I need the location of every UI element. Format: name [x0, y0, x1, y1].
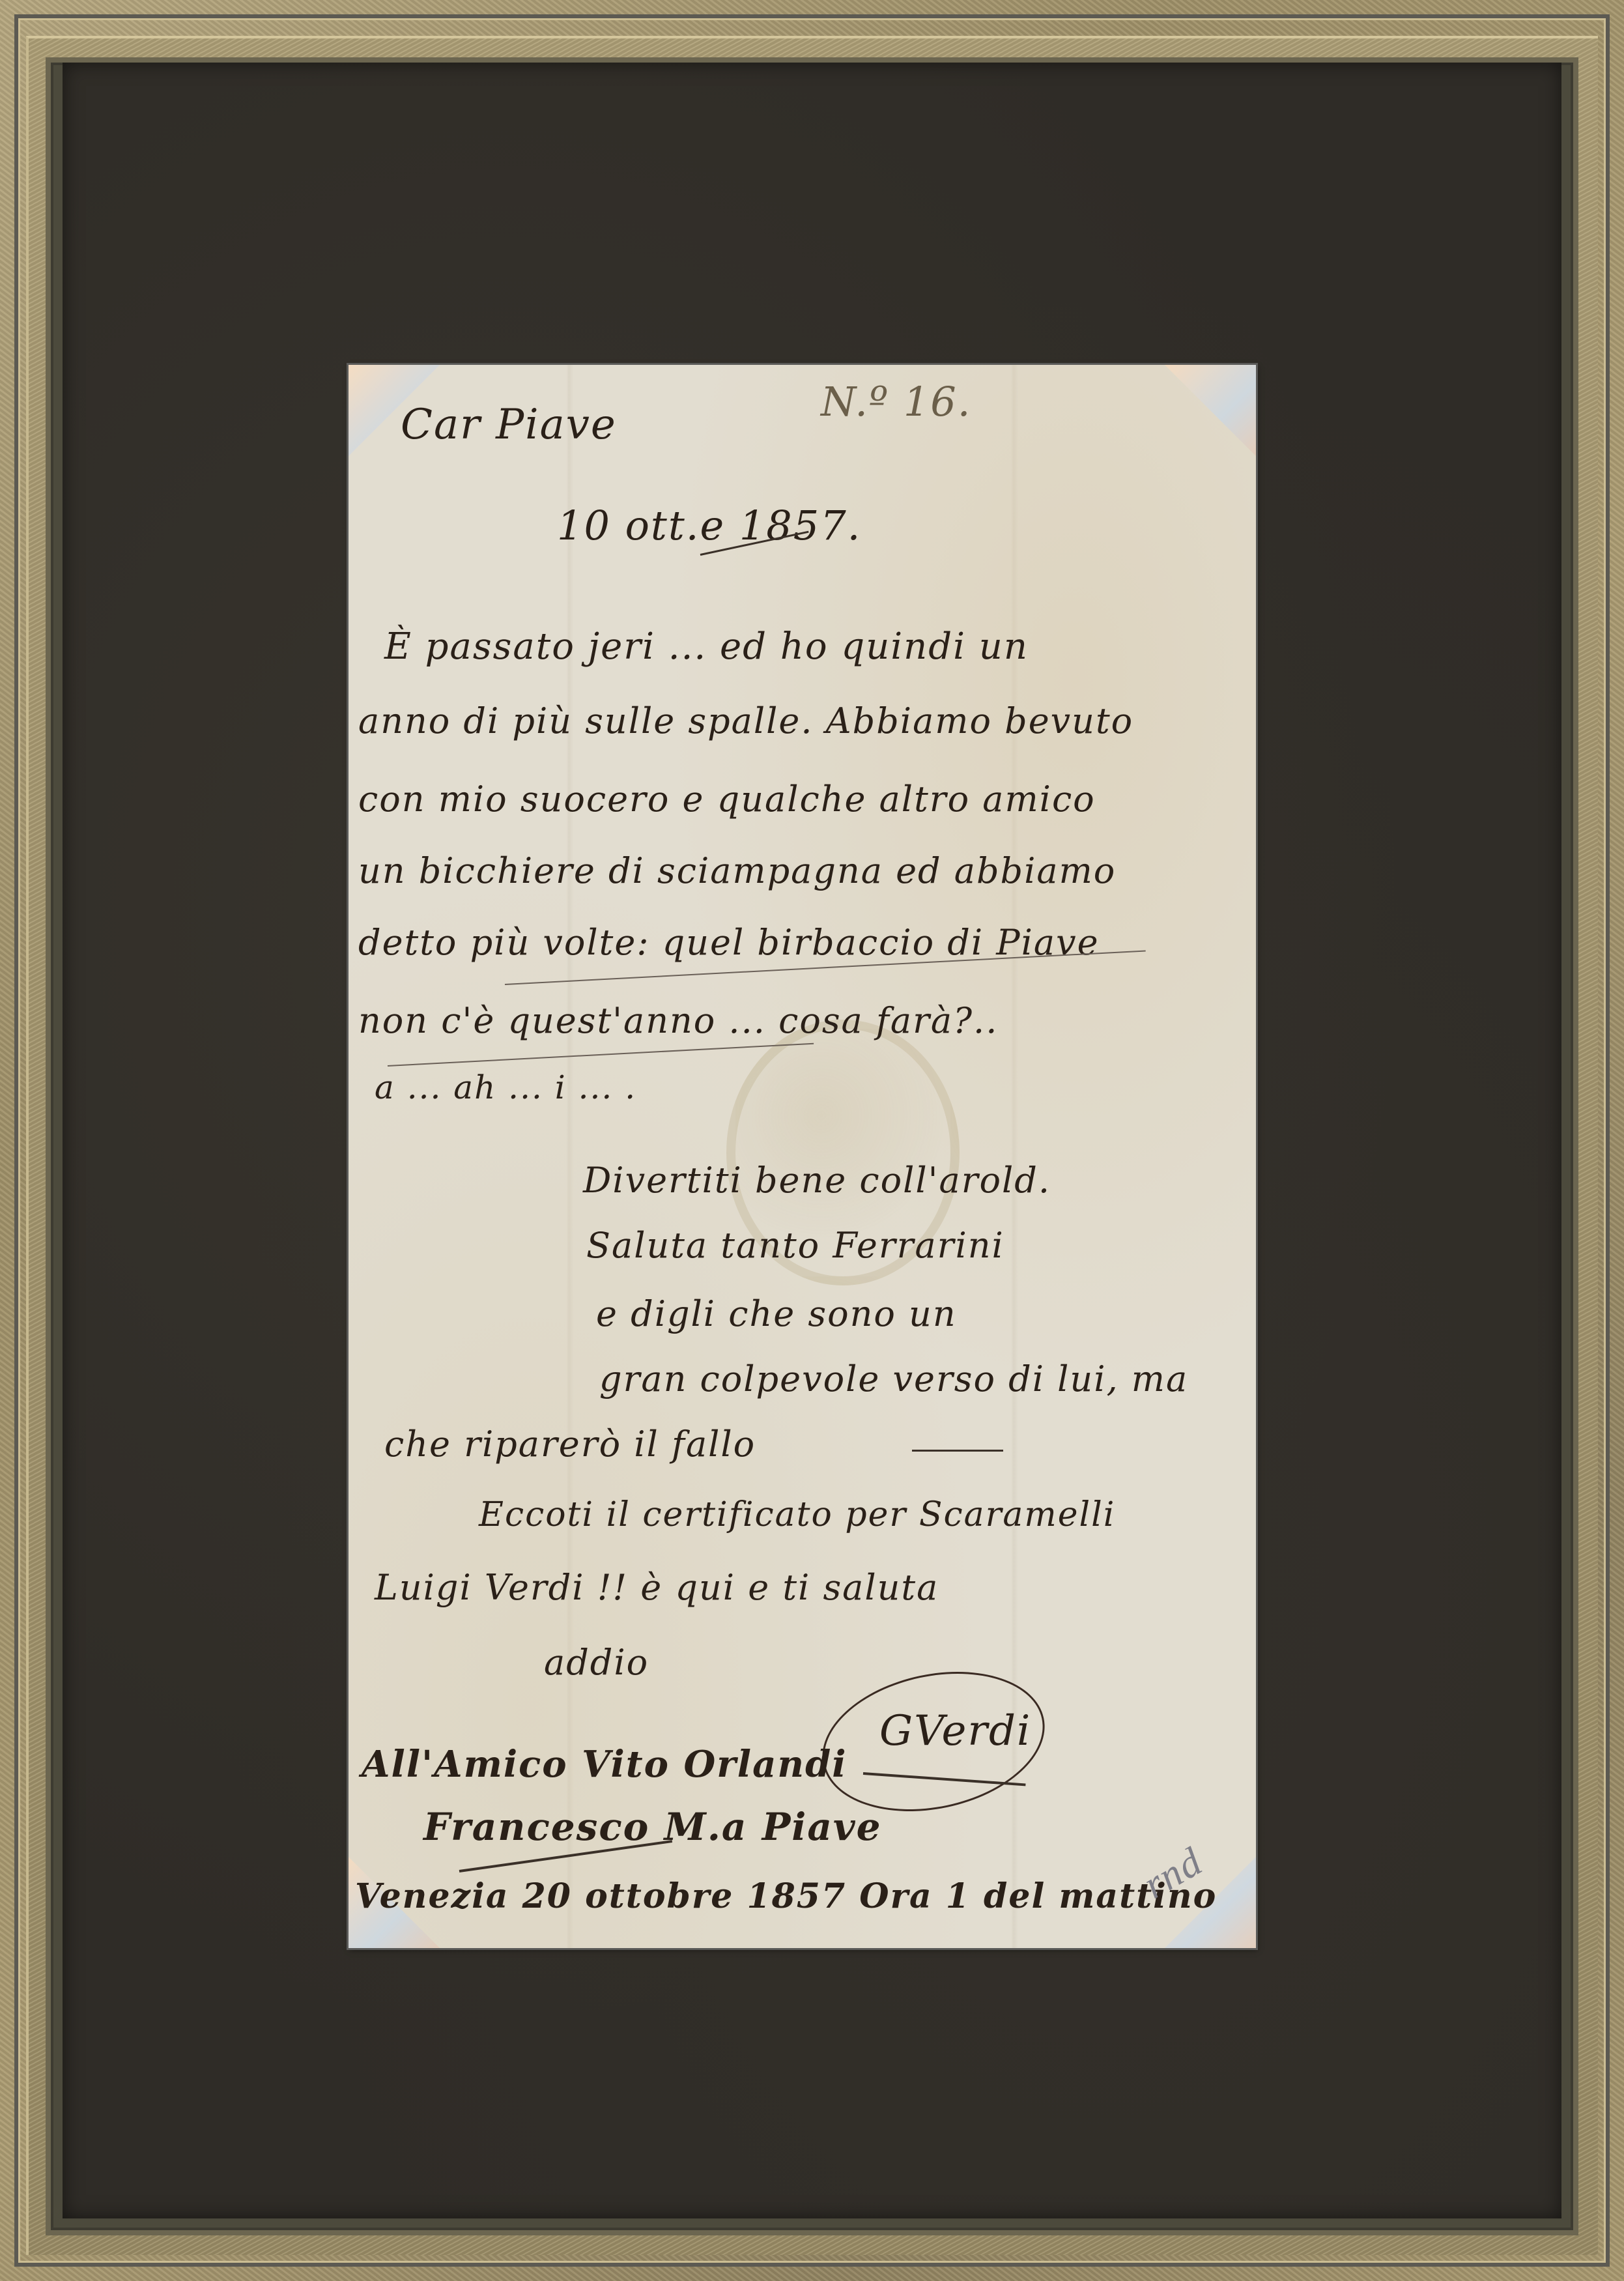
- indented-line-3: e digli che sono un: [596, 1293, 957, 1334]
- closing-line: Luigi Verdi !! è qui e ti saluta: [375, 1567, 939, 1608]
- indented-line-2: Saluta tanto Ferrarini: [586, 1225, 1004, 1266]
- valediction: addio: [544, 1642, 649, 1683]
- dash-stroke: [912, 1450, 1003, 1452]
- ps-line: Eccoti il certificato per Scaramelli: [479, 1495, 1115, 1534]
- continuation-line: che riparerò il fallo: [384, 1424, 756, 1465]
- salutation: Car Piave: [401, 401, 617, 449]
- letter-number: N.º 16.: [821, 378, 971, 425]
- body-line-7: a ... ah ... i ... .: [375, 1069, 636, 1106]
- body-line-6: non c'è quest'anno ... cosa farà?..: [358, 1000, 998, 1041]
- indented-line-1: Divertiti bene coll'arold.: [583, 1160, 1051, 1201]
- body-line-3: con mio suocero e qualche altro amico: [358, 779, 1096, 820]
- photo-corner-top-right: [1165, 365, 1256, 456]
- verdi-signature: GVerdi: [879, 1707, 1031, 1755]
- letter-sheet: N.º 16. Car Piave 10 ott.e 1857. È passa…: [349, 365, 1256, 1948]
- letter-date: 10 ott.e 1857.: [557, 502, 861, 549]
- body-line-1: È passato jeri ... ed ho quindi un: [384, 625, 1029, 668]
- indented-line-4: gran colpevole verso di lui, ma: [599, 1358, 1188, 1399]
- quote-underline-2: [388, 1043, 814, 1067]
- dateline-annotation: Venezia 20 ottobre 1857 Ora 1 del mattin…: [355, 1876, 1217, 1916]
- body-line-5: detto più volte: quel birbaccio di Piave: [358, 922, 1100, 963]
- body-line-4: un bicchiere di sciampagna ed abbiamo: [358, 850, 1116, 891]
- body-line-2: anno di più sulle spalle. Abbiamo bevuto: [358, 700, 1133, 741]
- recipient-annotation: All'Amico Vito Orlandi: [362, 1743, 848, 1786]
